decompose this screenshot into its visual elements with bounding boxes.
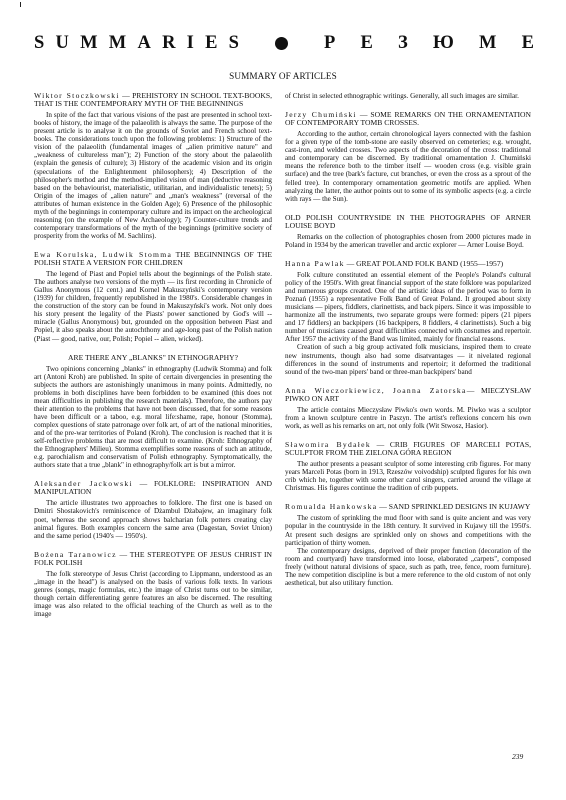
article-heading: ARE THERE ANY „BLANKS" IN ETHNOGRAPHY? [34, 354, 272, 362]
article-title: — SAND SPRINKLED DESIGNS IN KUJAWY [377, 502, 530, 511]
article-boyd-photographs: OLD POLISH COUNTRYSIDE IN THE PHOTOGRAPH… [285, 214, 531, 249]
article-stoczkowski: Wiktor Stoczkowski — PREHISTORY IN SCHOO… [34, 92, 272, 240]
masthead: S U M M A R I E S Р Е З Ю М Е [34, 30, 534, 56]
article-hankowska: Romualda Hankowska — SAND SPRINKLED DESI… [285, 503, 531, 587]
masthead-letter: Е [522, 33, 534, 54]
article-chuminski: Jerzy Chumiński — SOME REMARKS ON THE OR… [285, 111, 531, 203]
article-body: The contemporary designs, deprived of th… [285, 547, 531, 587]
article-title: — GREAT POLAND FOLK BAND (1955—1957) [345, 259, 504, 268]
article-heading: Ewa Korulska, Ludwik Stomma THE BEGINNIN… [34, 251, 272, 267]
article-bydalek: Sławomira Bydałek — CRIB FIGURES OF MARC… [285, 441, 531, 492]
page-number: 239 [512, 752, 523, 761]
masthead-letter: З [398, 33, 408, 54]
article-heading: Bożena Taranowicz — THE STEREOTYPE OF JE… [34, 551, 272, 567]
masthead-letter: S [34, 33, 44, 54]
masthead-summaries: S U M M A R I E S [34, 33, 239, 54]
masthead-letter: Р [324, 33, 335, 54]
article-heading: Jerzy Chumiński — SOME REMARKS ON THE OR… [285, 111, 531, 127]
masthead-letter: M [80, 33, 97, 54]
masthead-letter: Ю [433, 33, 454, 54]
section-title: SUMMARY OF ARTICLES [0, 71, 566, 81]
right-column: of Christ in selected ethnographic writi… [285, 92, 531, 598]
article-body: The folk stereotype of Jesus Christ (acc… [34, 570, 272, 618]
article-title: ARE THERE ANY „BLANKS" IN ETHNOGRAPHY? [68, 353, 238, 362]
article-body: Folk culture constituted an essential el… [285, 271, 531, 343]
masthead-letter: I [187, 33, 194, 54]
article-heading: Hanna Pawlak — GREAT POLAND FOLK BAND (1… [285, 260, 531, 268]
article-taranowicz: Bożena Taranowicz — THE STEREOTYPE OF JE… [34, 551, 272, 618]
article-heading: OLD POLISH COUNTRYSIDE IN THE PHOTOGRAPH… [285, 214, 531, 230]
masthead-letter: E [205, 33, 217, 54]
article-body: Two opinions concerning „blanks" in ethn… [34, 365, 272, 470]
masthead-letter: S [229, 33, 239, 54]
article-author: Romualda Hankowska [285, 502, 377, 511]
masthead-letter: A [137, 33, 150, 54]
article-body-continued: of Christ in selected ethnographic writi… [285, 92, 531, 100]
article-body: Remarks on the collection of photographi… [285, 233, 531, 249]
article-jackowski: Aleksander Jackowski — FOLKLORE: INSPIRA… [34, 480, 272, 539]
article-heading: Aleksander Jackowski — FOLKLORE: INSPIRA… [34, 480, 272, 496]
article-pawlak: Hanna Pawlak — GREAT POLAND FOLK BAND (1… [285, 260, 531, 376]
article-body: The article illustrates two approaches t… [34, 499, 272, 539]
article-taranowicz-continued: of Christ in selected ethnographic writi… [285, 92, 531, 100]
article-title: OLD POLISH COUNTRYSIDE IN THE PHOTOGRAPH… [285, 213, 531, 230]
article-body: The author presents a peasant sculptor o… [285, 460, 531, 492]
article-body: The custom of sprinkling the mud floor w… [285, 514, 531, 546]
left-column: Wiktor Stoczkowski — PREHISTORY IN SCHOO… [34, 92, 272, 629]
article-heading: Wiktor Stoczkowski — PREHISTORY IN SCHOO… [34, 92, 272, 108]
article-body: The article contains Mieczysław Piwko's … [285, 406, 531, 430]
scan-corner-mark [20, 2, 21, 7]
masthead-letter: R [162, 33, 175, 54]
article-body: In spite of the fact that various vision… [34, 111, 272, 240]
article-author: Hanna Pawlak [285, 259, 345, 268]
article-heading: Romualda Hankowska — SAND SPRINKLED DESI… [285, 503, 531, 511]
article-heading: Sławomira Bydałek — CRIB FIGURES OF MARC… [285, 441, 531, 457]
article-body: According to the author, certain chronol… [285, 130, 531, 202]
masthead-letter: M [109, 33, 126, 54]
masthead-letter: Е [360, 33, 372, 54]
masthead-letter: U [56, 33, 69, 54]
article-blanks-in-ethnography: ARE THERE ANY „BLANKS" IN ETHNOGRAPHY? T… [34, 354, 272, 470]
masthead-rezyume: Р Е З Ю М Е [324, 33, 534, 54]
bullet-separator-icon [275, 37, 288, 50]
masthead-letter: М [479, 33, 496, 54]
article-wieczorkiewicz-zatorska: Anna Wieczorkiewicz, Joanna Zatorska— MI… [285, 387, 531, 430]
article-body: The legend of Piast and Popiel tells abo… [34, 270, 272, 342]
article-korulska-stomma: Ewa Korulska, Ludwik Stomma THE BEGINNIN… [34, 251, 272, 343]
article-heading: Anna Wieczorkiewicz, Joanna Zatorska— MI… [285, 387, 531, 403]
article-body: Creation of such a big group activated f… [285, 343, 531, 375]
